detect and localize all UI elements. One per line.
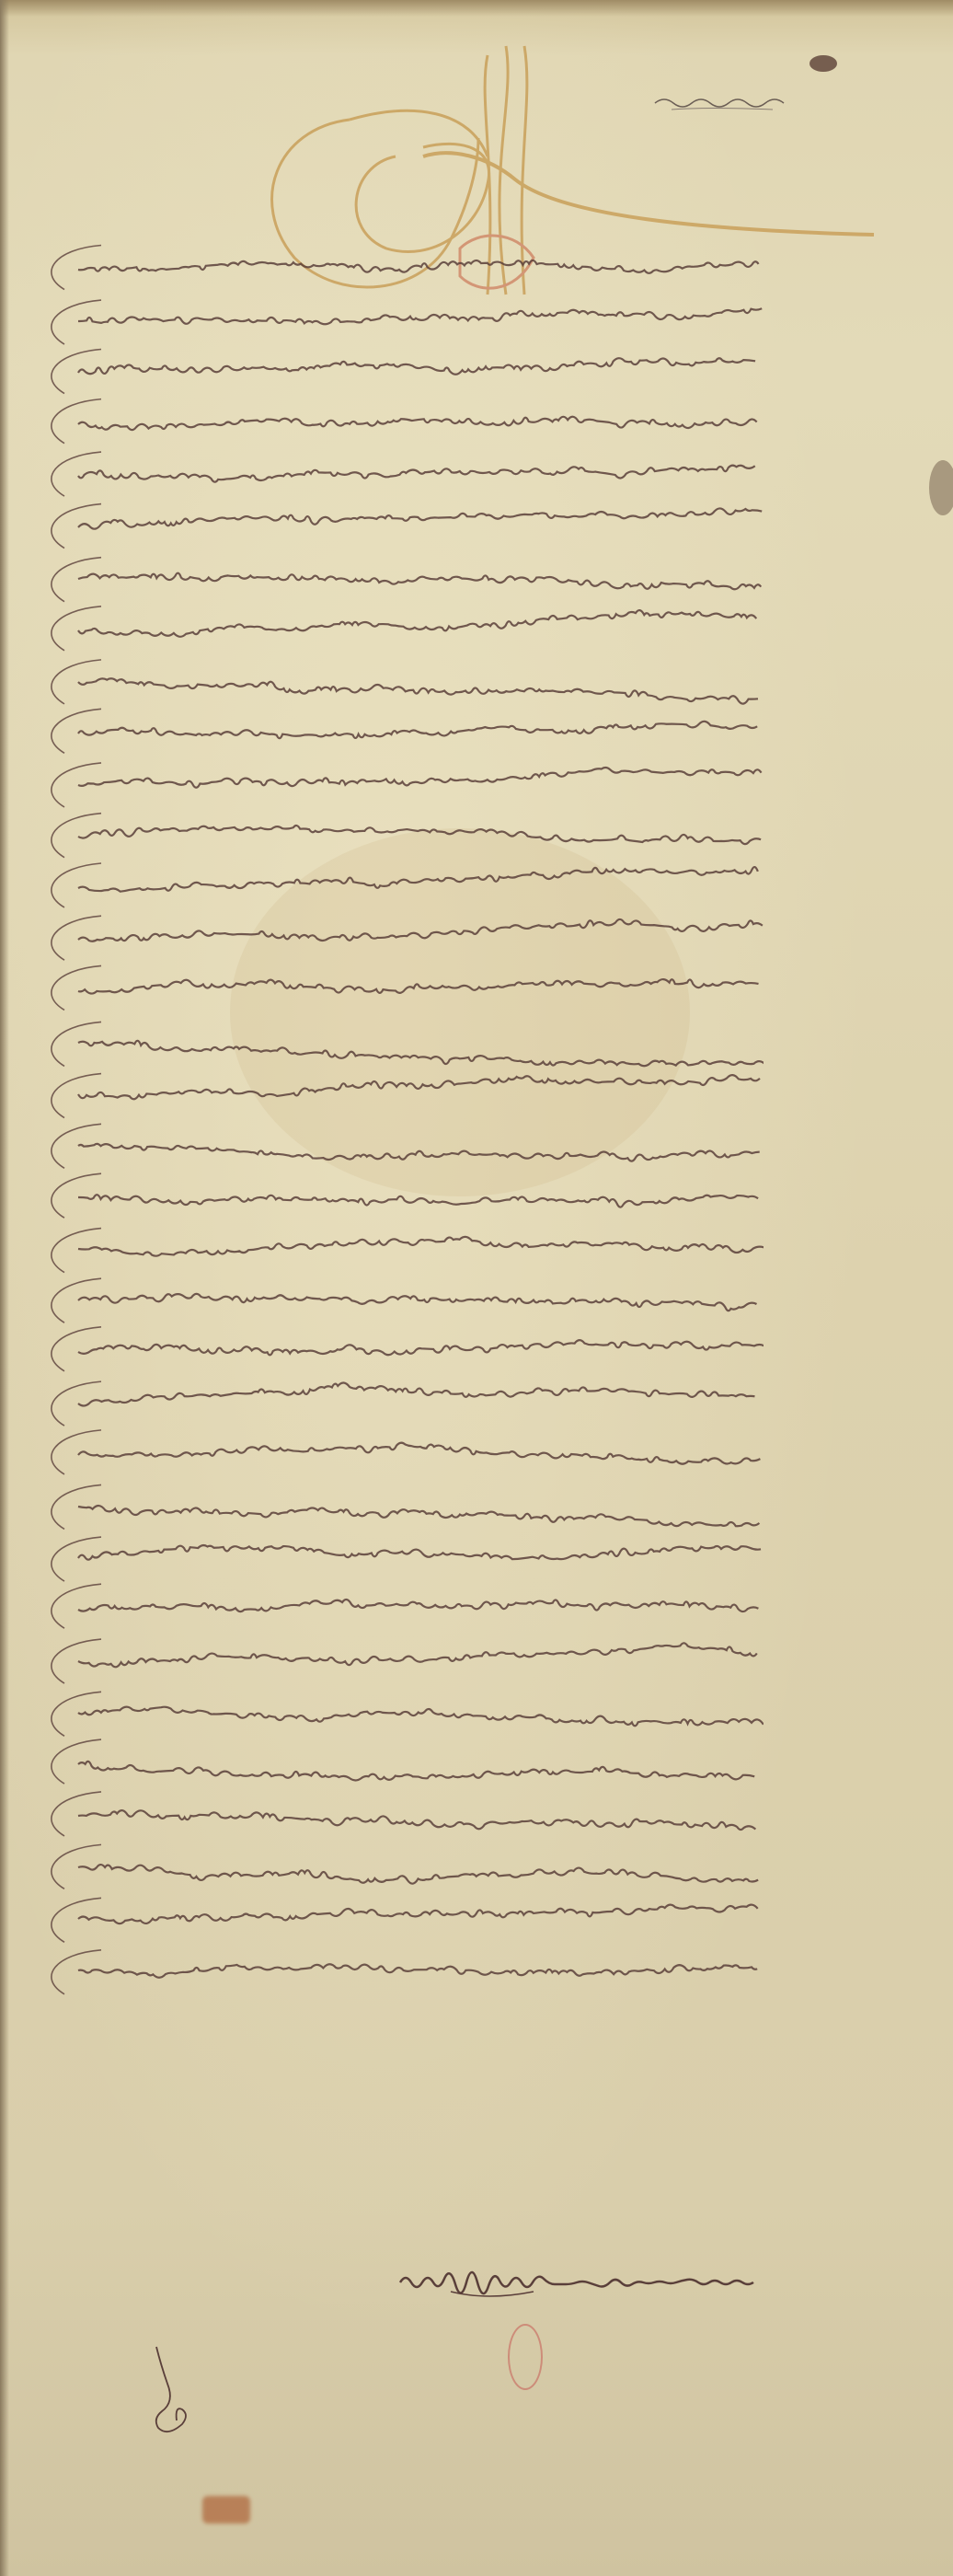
text-line <box>37 647 764 699</box>
text-line <box>37 338 764 389</box>
body-text-lines <box>37 235 764 1987</box>
margin-mark <box>147 2342 212 2443</box>
text-line <box>37 544 764 595</box>
text-line <box>37 389 764 441</box>
text-line <box>37 956 764 1008</box>
text-line <box>37 1059 764 1111</box>
closing-line <box>396 2246 754 2310</box>
paper-left-edge-shadow <box>0 0 9 2576</box>
text-line <box>37 1369 764 1420</box>
paper-stain <box>929 460 953 515</box>
paper-top-edge-shadow <box>0 0 953 17</box>
red-seal-impression <box>508 2324 543 2390</box>
archive-label-scribble-icon <box>653 85 800 112</box>
manuscript-page: small handwritten archival note near top… <box>0 0 953 2576</box>
text-line <box>37 1008 764 1059</box>
text-line <box>37 1420 764 1472</box>
text-line <box>37 235 764 286</box>
text-line <box>37 1317 764 1369</box>
text-line <box>37 1832 764 1884</box>
text-line <box>37 286 764 338</box>
text-line <box>37 1575 764 1626</box>
text-line <box>37 492 764 544</box>
text-line <box>37 1214 764 1265</box>
text-line <box>37 1472 764 1523</box>
text-line <box>37 1111 764 1162</box>
text-line <box>37 1162 764 1214</box>
text-line <box>37 699 764 750</box>
text-line <box>37 1523 764 1575</box>
text-line <box>37 905 764 956</box>
wax-stain <box>202 2496 250 2524</box>
text-line <box>37 1729 764 1781</box>
text-line <box>37 1678 764 1729</box>
text-line <box>37 1935 764 1987</box>
text-line <box>37 441 764 492</box>
text-line <box>37 1626 764 1678</box>
text-line <box>37 750 764 802</box>
text-line <box>37 1781 764 1832</box>
text-line <box>37 1265 764 1317</box>
text-line <box>37 802 764 853</box>
text-line <box>37 595 764 647</box>
text-line <box>37 853 764 905</box>
text-line <box>37 1884 764 1935</box>
